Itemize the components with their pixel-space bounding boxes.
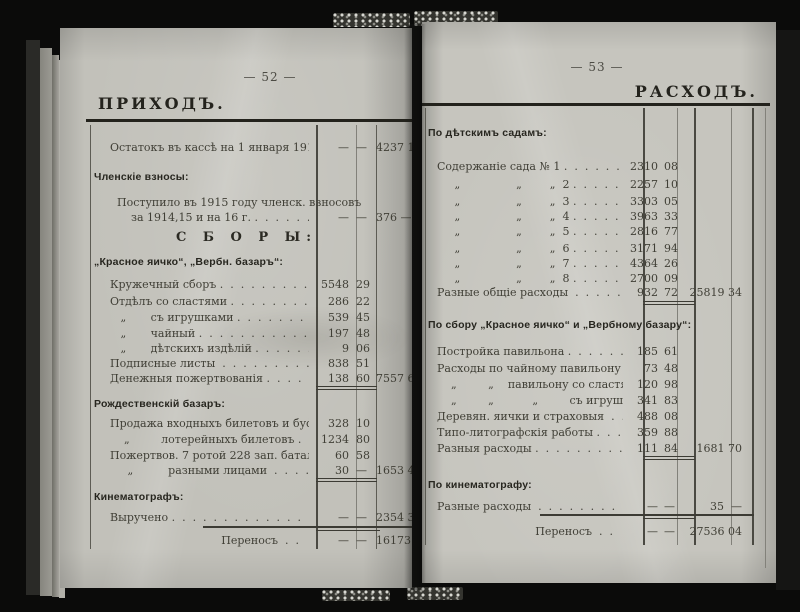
row-label: Продажа входныхъ билетовъ и буфетъ . <box>90 417 309 431</box>
amount-rub: 3303 <box>623 195 662 209</box>
amount-rub: 2700 <box>623 272 662 286</box>
ledger-row: Отдѣлъ со сластями . . . . . . . . .2862… <box>90 295 410 309</box>
row-label: Кинематографъ: <box>90 490 410 504</box>
amount-kop: 06 <box>353 342 373 356</box>
amount-rub: 138 <box>309 372 353 386</box>
amount-kop: 60 <box>353 372 373 386</box>
amount-kop: 05 <box>662 195 681 209</box>
amount-kop: 22 <box>353 295 373 309</box>
ledger-row: Расходы по чайному павильону . . . . .73… <box>425 362 752 376</box>
amount-kop: 83 <box>662 394 681 408</box>
amount-total: 1681 70 <box>681 442 752 456</box>
amount-total <box>681 362 752 376</box>
ledger-row: „ „ „ 2 . . . . . . . . . .225710 <box>425 178 752 192</box>
amount-kop: — <box>662 525 681 539</box>
amount-rub: 3963 <box>623 210 662 224</box>
ledger-row: Денежныя пожертвованія . . . . . . .1386… <box>90 372 410 386</box>
amount-total <box>681 178 752 192</box>
ledger-row: „ лотерейныхъ билетовъ . . . . .123480 <box>90 433 410 447</box>
amount-kop: 08 <box>662 160 681 174</box>
amount-rub: 60 <box>309 449 353 463</box>
amount-rub: 2816 <box>623 225 662 239</box>
row-label: Содержаніе сада № 1 . . . . . . . . . . <box>425 160 623 174</box>
right-page: — 53 — РАСХОДЪ. По дѣтскимъ садамъ: Соде… <box>422 22 776 583</box>
row-label: „ „ „ 4 . . . . . . . . . . <box>425 210 623 224</box>
amount-total: 35 — <box>681 500 752 514</box>
row-label: По сбору „Красное яичко“ и „Вербному баз… <box>425 318 752 332</box>
amount-rub: 328 <box>309 417 353 431</box>
amount-kop: 10 <box>353 417 373 431</box>
amount-total <box>681 410 752 424</box>
total-rule <box>643 301 695 302</box>
header-rule <box>422 103 770 106</box>
ledger-row: Пожертвов. 7 ротой 228 зап. батал. . . .… <box>90 449 410 463</box>
row-label: „ „ „ 3 . . . . . . . . . . <box>425 195 623 209</box>
ledger-row: „ „ „ съ игрушками . .34183 <box>425 394 752 408</box>
amount-kop: 80 <box>353 433 373 447</box>
page-edge-line <box>765 108 766 568</box>
row-label: Разные расходы . . . . . . . . . . . <box>425 500 623 514</box>
amount-kop: — <box>353 511 373 525</box>
ledger-row: Содержаніе сада № 1 . . . . . . . . . .2… <box>425 160 752 174</box>
row-label: Кружечный сборъ . . . . . . . . . . <box>90 278 309 292</box>
cover-edge-left <box>26 40 40 595</box>
ledger-row: „ „ „ 7 . . . . . . . . . .436426 <box>425 257 752 271</box>
ledger-row: „ „ павильону со сластями . . .12098 <box>425 378 752 392</box>
amount-kop: 72 <box>662 286 681 300</box>
amount-total <box>681 426 752 440</box>
row-label: Расходы по чайному павильону . . . . . <box>425 362 623 376</box>
row-label: Типо-литографскія работы . . . . . . . <box>425 426 623 440</box>
ledger-row: Подписные листы . . . . . . . . .83851 <box>90 357 410 371</box>
section-header: По дѣтскимъ садамъ: <box>425 126 752 140</box>
row-label: По дѣтскимъ садамъ: <box>425 126 752 140</box>
page-number: — 52 — <box>170 70 370 84</box>
page-title-expense: РАСХОДЪ. <box>635 82 758 101</box>
header-rule <box>86 119 412 122</box>
amount-kop: 45 <box>353 311 373 325</box>
ledger-row: Постройка павильона . . . . . . . . .185… <box>425 345 752 359</box>
headband-bottom-left <box>322 590 390 601</box>
amount-rub: 2310 <box>623 160 662 174</box>
total-rule <box>643 304 695 305</box>
ledger-row: Кружечный сборъ . . . . . . . . . .55482… <box>90 278 410 292</box>
book-gutter <box>404 24 426 590</box>
total-rule <box>316 530 380 531</box>
row-label: По кинематографу: <box>425 478 752 492</box>
amount-kop: 26 <box>662 257 681 271</box>
amount-rub: — <box>309 511 353 525</box>
page-title-income: ПРИХОДЪ. <box>98 94 226 113</box>
row-label: „ „ „ 6 . . . . . . . . . . <box>425 242 623 256</box>
page-number: — 53 — <box>497 60 697 74</box>
row-label: „ „ павильону со сластями . . . <box>425 378 623 392</box>
row-label: Остатокъ въ кассѣ на 1 января 1915 г. . … <box>90 141 309 155</box>
total-rule <box>540 514 754 516</box>
amount-kop: 48 <box>662 362 681 376</box>
row-label: Разныя расходы . . . . . . . . . . . <box>425 442 623 456</box>
carry-forward-row: Переносъ . .——16173 <box>90 534 410 548</box>
left-page: — 52 — ПРИХОДЪ. Остатокъ въ кассѣ на 1 я… <box>60 28 412 588</box>
amount-rub: 539 <box>309 311 353 325</box>
amount-total <box>681 394 752 408</box>
amount-rub: — <box>309 141 353 155</box>
amount-kop: — <box>353 211 373 225</box>
amount-total <box>681 195 752 209</box>
row-label: „ дѣтскихъ издѣлій . . . . . . . <box>90 342 309 356</box>
row-label: Пожертвов. 7 ротой 228 зап. батал. . . . <box>90 449 309 463</box>
amount-rub: 185 <box>623 345 662 359</box>
row-label: Переносъ . . <box>90 534 309 548</box>
row-label: „ „ „ 7 . . . . . . . . . . <box>425 257 623 271</box>
section-header: По сбору „Красное яичко“ и „Вербному баз… <box>425 318 752 332</box>
amount-total <box>681 225 752 239</box>
amount-total <box>681 160 752 174</box>
amount-rub: 30 <box>309 464 353 478</box>
row-label: „ лотерейныхъ билетовъ . . . . . <box>90 433 309 447</box>
section-header-sbory: С Б О Р Ы: <box>90 231 410 245</box>
row-label: Подписные листы . . . . . . . . . <box>90 357 309 371</box>
ledger-row: „ съ игрушками . . . . . . . .53945 <box>90 311 410 325</box>
amount-kop: 10 <box>662 178 681 192</box>
amount-kop: 58 <box>353 449 373 463</box>
ledger-row: Типо-литографскія работы . . . . . . .35… <box>425 426 752 440</box>
amount-rub: 9 <box>309 342 353 356</box>
amount-kop: 29 <box>353 278 373 292</box>
amount-kop: 98 <box>662 378 681 392</box>
ledger-row: Поступило въ 1915 году членск. взносовъ <box>90 196 410 210</box>
row-label: С Б О Р Ы: <box>90 231 410 245</box>
amount-rub: 286 <box>309 295 353 309</box>
section-header: По кинематографу: <box>425 478 752 492</box>
amount-kop: — <box>353 141 373 155</box>
amount-rub: 120 <box>623 378 662 392</box>
row-label: Отдѣлъ со сластями . . . . . . . . . <box>90 295 309 309</box>
total-rule <box>316 481 377 482</box>
amount-rub: 197 <box>309 327 353 341</box>
amount-kop: — <box>353 534 373 548</box>
amount-total <box>681 210 752 224</box>
ledger-row: за 1914,15 и на 16 г. . . . . . . . . .—… <box>90 211 410 225</box>
section-header: Кинематографъ: <box>90 490 410 504</box>
page-stack-edge-2 <box>52 55 59 597</box>
total-rule <box>316 389 377 390</box>
row-label: „ съ игрушками . . . . . . . . <box>90 311 309 325</box>
carry-forward-row: Переносъ . .——27536 04 <box>425 525 752 539</box>
amount-rub: 488 <box>623 410 662 424</box>
amount-total: 27536 04 <box>681 525 752 539</box>
amount-rub: 838 <box>309 357 353 371</box>
amount-kop: 33 <box>662 210 681 224</box>
amount-total: 25819 34 <box>681 286 752 300</box>
row-label: „ „ „ 8 . . . . . . . . . . <box>425 272 623 286</box>
amount-kop: 77 <box>662 225 681 239</box>
amount-rub: 359 <box>623 426 662 440</box>
amount-total <box>681 242 752 256</box>
total-rule <box>643 459 695 460</box>
ledger-row: Остатокъ въ кассѣ на 1 января 1915 г. . … <box>90 141 410 155</box>
amount-rub: 3171 <box>623 242 662 256</box>
row-label: Разные общіе расходы . . . . . . . . <box>425 286 623 300</box>
row-label: „Красное яичко“, „Вербн. базаръ“: <box>90 255 410 269</box>
row-label: Переносъ . . <box>425 525 623 539</box>
row-label: „ „ „ съ игрушками . . <box>425 394 623 408</box>
amount-kop: 51 <box>353 357 373 371</box>
ledger-row: „ чайный . . . . . . . . . . .19748 <box>90 327 410 341</box>
amount-kop: 94 <box>662 242 681 256</box>
page-stack-edge-1 <box>40 48 52 596</box>
amount-kop: — <box>662 500 681 514</box>
ledger-row: „ разными лицами . . . . . .30—1653 4 <box>90 464 410 478</box>
cover-edge-right <box>776 30 800 590</box>
row-label: Выручено . . . . . . . . . . . . . . . <box>90 511 309 525</box>
amount-rub: 341 <box>623 394 662 408</box>
ledger-row: Продажа входныхъ билетовъ и буфетъ .3281… <box>90 417 410 431</box>
amount-kop: — <box>353 464 373 478</box>
row-label: Деревян. яички и страховыя . . . . . . <box>425 410 623 424</box>
amount-rub: 1234 <box>309 433 353 447</box>
section-header: „Красное яичко“, „Вербн. базаръ“: <box>90 255 410 269</box>
amount-rub: — <box>309 534 353 548</box>
amount-rub: 2257 <box>623 178 662 192</box>
section-header: Рождественскій базаръ: <box>90 397 410 411</box>
ledger-row: Разные общіе расходы . . . . . . . .9327… <box>425 286 752 300</box>
row-label: Поступило въ 1915 году членск. взносовъ <box>90 196 410 210</box>
ledger-row: „ „ „ 6 . . . . . . . . . .317194 <box>425 242 752 256</box>
amount-total <box>681 257 752 271</box>
ledger-row: Разныя расходы . . . . . . . . . . .1118… <box>425 442 752 456</box>
total-rule <box>316 478 377 479</box>
amount-rub: — <box>309 211 353 225</box>
amount-kop: 84 <box>662 442 681 456</box>
amount-kop: 48 <box>353 327 373 341</box>
ledger-row: „ „ „ 8 . . . . . . . . . .270009 <box>425 272 752 286</box>
ledger-row: „ „ „ 4 . . . . . . . . . .396333 <box>425 210 752 224</box>
total-rule <box>316 386 377 387</box>
ledger-row: „ дѣтскихъ издѣлій . . . . . . .906 <box>90 342 410 356</box>
row-label: „ „ „ 5 . . . . . . . . . . <box>425 225 623 239</box>
ledger-row: „ „ „ 3 . . . . . . . . . .330305 <box>425 195 752 209</box>
total-rule <box>643 456 695 457</box>
column-rule <box>752 108 754 545</box>
amount-total <box>681 345 752 359</box>
total-rule <box>643 518 695 519</box>
amount-rub: — <box>623 500 662 514</box>
row-label: Рождественскій базаръ: <box>90 397 410 411</box>
amount-rub: 73 <box>623 362 662 376</box>
total-rule <box>203 526 412 528</box>
ledger-row: Выручено . . . . . . . . . . . . . . .——… <box>90 511 410 525</box>
headband-top-left <box>333 13 410 27</box>
amount-kop: 61 <box>662 345 681 359</box>
row-label: „ разными лицами . . . . . . <box>90 464 309 478</box>
ledger-row: Разные расходы . . . . . . . . . . .——35… <box>425 500 752 514</box>
ledger-row: „ „ „ 5 . . . . . . . . . .281677 <box>425 225 752 239</box>
amount-rub: 5548 <box>309 278 353 292</box>
amount-rub: 932 <box>623 286 662 300</box>
amount-rub: 111 <box>623 442 662 456</box>
row-label: „ „ „ 2 . . . . . . . . . . <box>425 178 623 192</box>
amount-total <box>681 272 752 286</box>
ledger-row: Деревян. яички и страховыя . . . . . .48… <box>425 410 752 424</box>
amount-kop: 09 <box>662 272 681 286</box>
row-label: Членскіе взносы: <box>90 170 410 184</box>
row-label: „ чайный . . . . . . . . . . . <box>90 327 309 341</box>
amount-kop: 88 <box>662 426 681 440</box>
row-label: за 1914,15 и на 16 г. . . . . . . . . . <box>90 211 309 225</box>
amount-rub: 4364 <box>623 257 662 271</box>
amount-kop: 08 <box>662 410 681 424</box>
row-label: Постройка павильона . . . . . . . . . <box>425 345 623 359</box>
row-label: Денежныя пожертвованія . . . . . . . <box>90 372 309 386</box>
section-header: Членскіе взносы: <box>90 170 410 184</box>
amount-rub: — <box>623 525 662 539</box>
amount-total <box>681 378 752 392</box>
